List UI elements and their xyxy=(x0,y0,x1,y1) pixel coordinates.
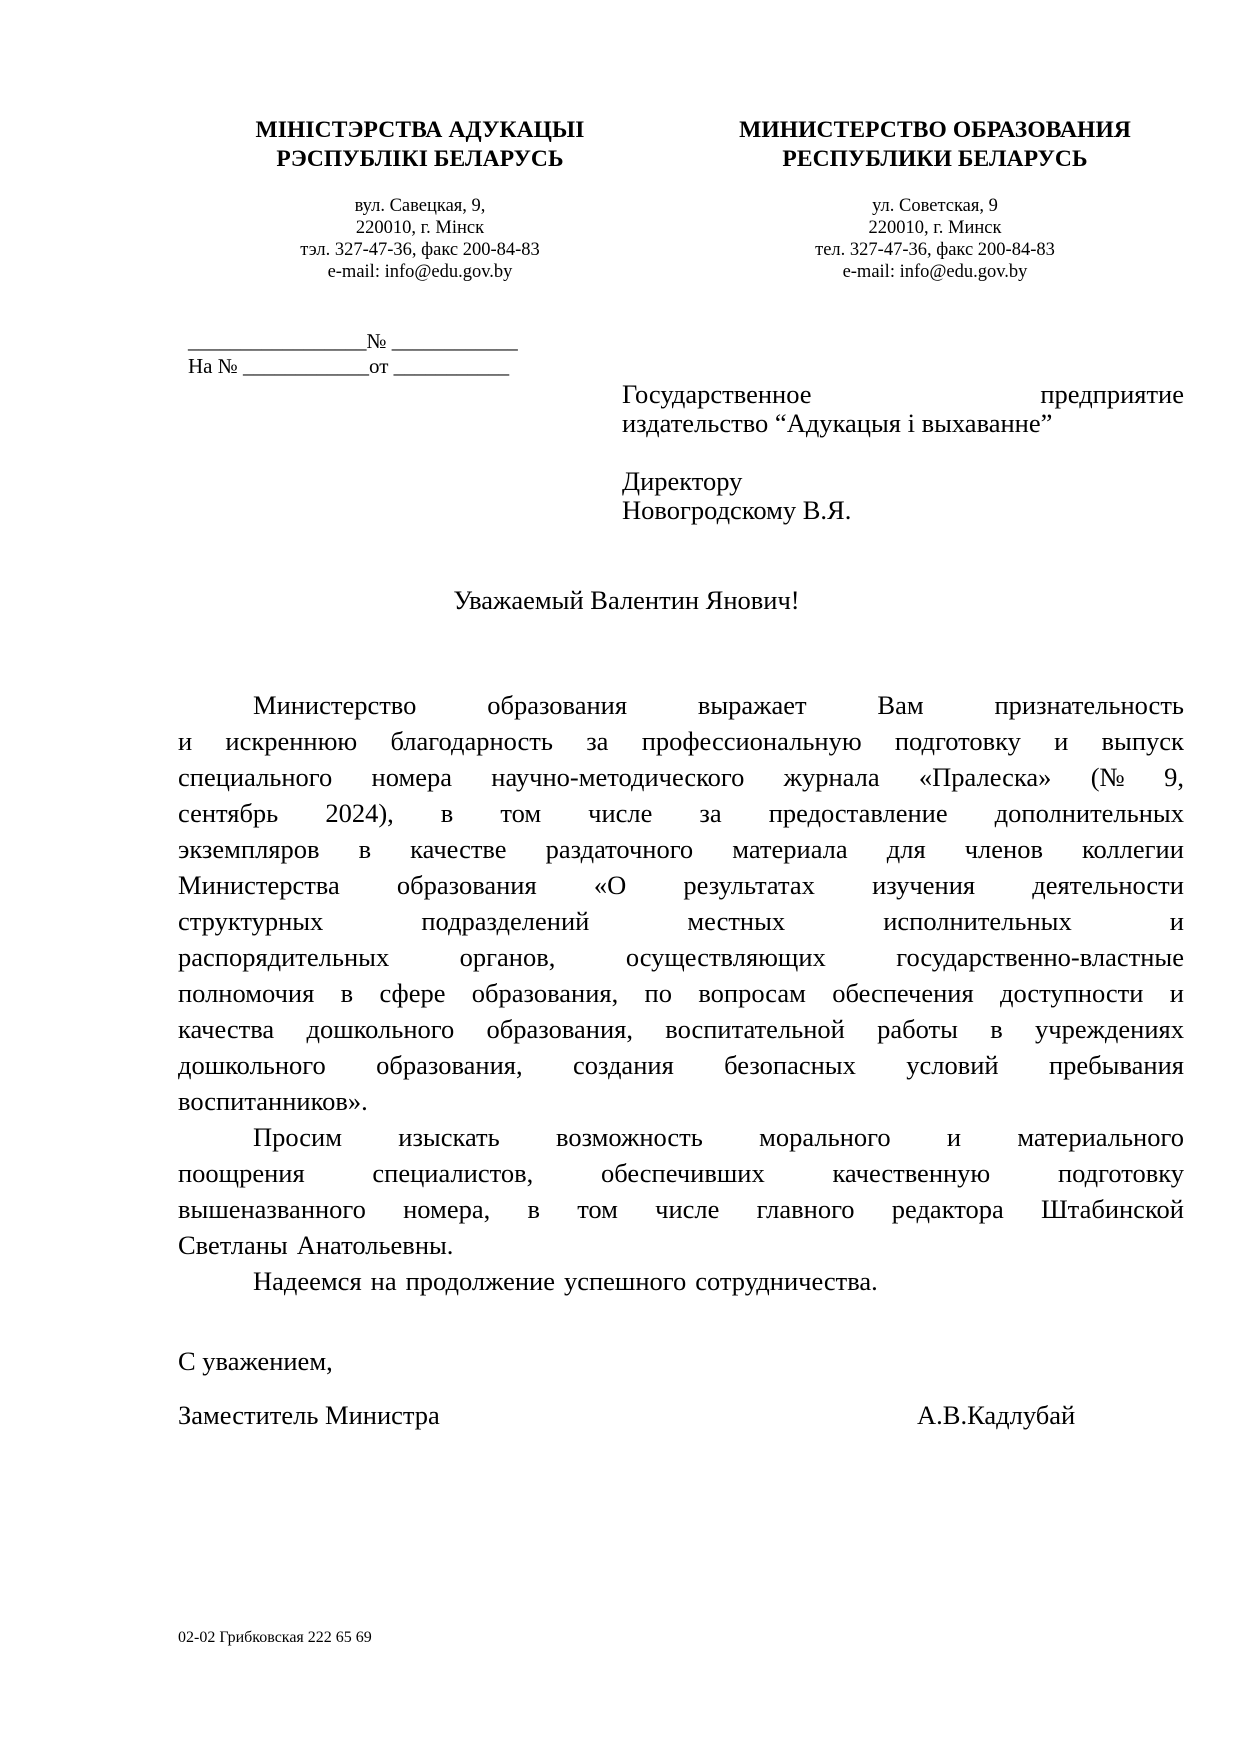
ministry-title-ru-line-1: МИНИСТЕРСТВО ОБРАЗОВАНИЯ xyxy=(690,116,1180,145)
addressee-position: Директору xyxy=(622,467,1184,496)
signatory-position: Заместитель Министра xyxy=(178,1400,440,1430)
body-line: поощренияспециалистов,обеспечившихкачест… xyxy=(178,1155,1184,1191)
reference-number-line: На № ____________от ___________ xyxy=(188,354,509,379)
address-street-ru: ул. Советская, 9 xyxy=(690,195,1180,217)
body-line: экземпляроввкачествераздаточногоматериал… xyxy=(178,831,1184,867)
body-line: сентябрь2024),втомчислезапредоставлениед… xyxy=(178,795,1184,831)
ministry-address-ru: ул. Советская, 9 220010, г. Минск тел. 3… xyxy=(690,195,1180,283)
addressee-org-word-2: предприятие xyxy=(1040,380,1184,409)
addressee-org-word-1: Государственное xyxy=(622,380,812,409)
address-email-ru: e-mail: info@edu.gov.by xyxy=(690,261,1180,283)
closing-regards: С уважением, xyxy=(178,1346,333,1376)
salutation: Уважаемый Валентин Янович! xyxy=(6,585,1241,615)
address-phone-by: тэл. 327-47-36, факс 200-84-83 xyxy=(180,239,660,261)
ministry-title-by-line-1: МІНІСТЭРСТВА АДУКАЦЫІ xyxy=(180,116,660,145)
addressee-name: Новогродскому В.Я. xyxy=(622,496,1184,525)
body-paragraph: Просимизыскатьвозможностьморальногоимате… xyxy=(178,1119,1184,1263)
body-paragraph: МинистерствообразованиявыражаетВампризна… xyxy=(178,687,1184,1119)
address-city-ru: 220010, г. Минск xyxy=(690,217,1180,239)
body-line: Надеемсянапродолжениеуспешногосотрудниче… xyxy=(178,1263,1184,1299)
address-phone-ru: тел. 327-47-36, факс 200-84-83 xyxy=(690,239,1180,261)
address-city-by: 220010, г. Мінск xyxy=(180,217,660,239)
body-line: СветланыАнатольевны. xyxy=(178,1227,1184,1263)
body-line: полномочиявсфереобразования,повопросамоб… xyxy=(178,975,1184,1011)
letter-body: МинистерствообразованиявыражаетВампризна… xyxy=(178,687,1184,1299)
ministry-address-by: вул. Савецкая, 9, 220010, г. Мінск тэл. … xyxy=(180,195,660,283)
body-line: дошкольногообразования,созданиябезопасны… xyxy=(178,1047,1184,1083)
body-paragraph: Надеемсянапродолжениеуспешногосотрудниче… xyxy=(178,1263,1184,1299)
ministry-title-by: МІНІСТЭРСТВА АДУКАЦЫІ РЭСПУБЛІКІ БЕЛАРУС… xyxy=(180,116,660,174)
signatory-name: А.В.Кадлубай xyxy=(917,1400,1075,1430)
body-line: Министерстваобразования«Орезультатахизуч… xyxy=(178,867,1184,903)
body-line: распорядительныхорганов,осуществляющихго… xyxy=(178,939,1184,975)
letterhead-right: МИНИСТЕРСТВО ОБРАЗОВАНИЯ РЕСПУБЛИКИ БЕЛА… xyxy=(690,116,1180,283)
body-line: структурныхподразделенийместныхисполните… xyxy=(178,903,1184,939)
ministry-title-by-line-2: РЭСПУБЛІКІ БЕЛАРУСЬ xyxy=(180,145,660,174)
ministry-title-ru-line-2: РЕСПУБЛИКИ БЕЛАРУСЬ xyxy=(690,145,1180,174)
body-line: специальногономеранаучно-методическогожу… xyxy=(178,759,1184,795)
body-line: МинистерствообразованиявыражаетВампризна… xyxy=(178,687,1184,723)
body-line: иискреннююблагодарностьзапрофессиональну… xyxy=(178,723,1184,759)
body-line: воспитанников». xyxy=(178,1083,1184,1119)
addressee-block: Государственное предприятие издательство… xyxy=(622,380,1184,525)
body-line: качествадошкольногообразования,воспитате… xyxy=(178,1011,1184,1047)
address-email-by: e-mail: info@edu.gov.by xyxy=(180,261,660,283)
body-line: Просимизыскатьвозможностьморальногоимате… xyxy=(178,1119,1184,1155)
addressee-org-line-1: Государственное предприятие xyxy=(622,380,1184,409)
address-street-by: вул. Савецкая, 9, xyxy=(180,195,660,217)
body-line: вышеназванногономера,втомчислеглавногоре… xyxy=(178,1191,1184,1227)
registration-number-line: _________________№ ____________ xyxy=(188,329,518,354)
addressee-org-line-2: издательство “Адукацыя і выхаванне” xyxy=(622,409,1184,438)
ministry-title-ru: МИНИСТЕРСТВО ОБРАЗОВАНИЯ РЕСПУБЛИКИ БЕЛА… xyxy=(690,116,1180,174)
letterhead-left: МІНІСТЭРСТВА АДУКАЦЫІ РЭСПУБЛІКІ БЕЛАРУС… xyxy=(180,116,660,283)
executor-note: 02-02 Грибковская 222 65 69 xyxy=(178,1628,372,1648)
